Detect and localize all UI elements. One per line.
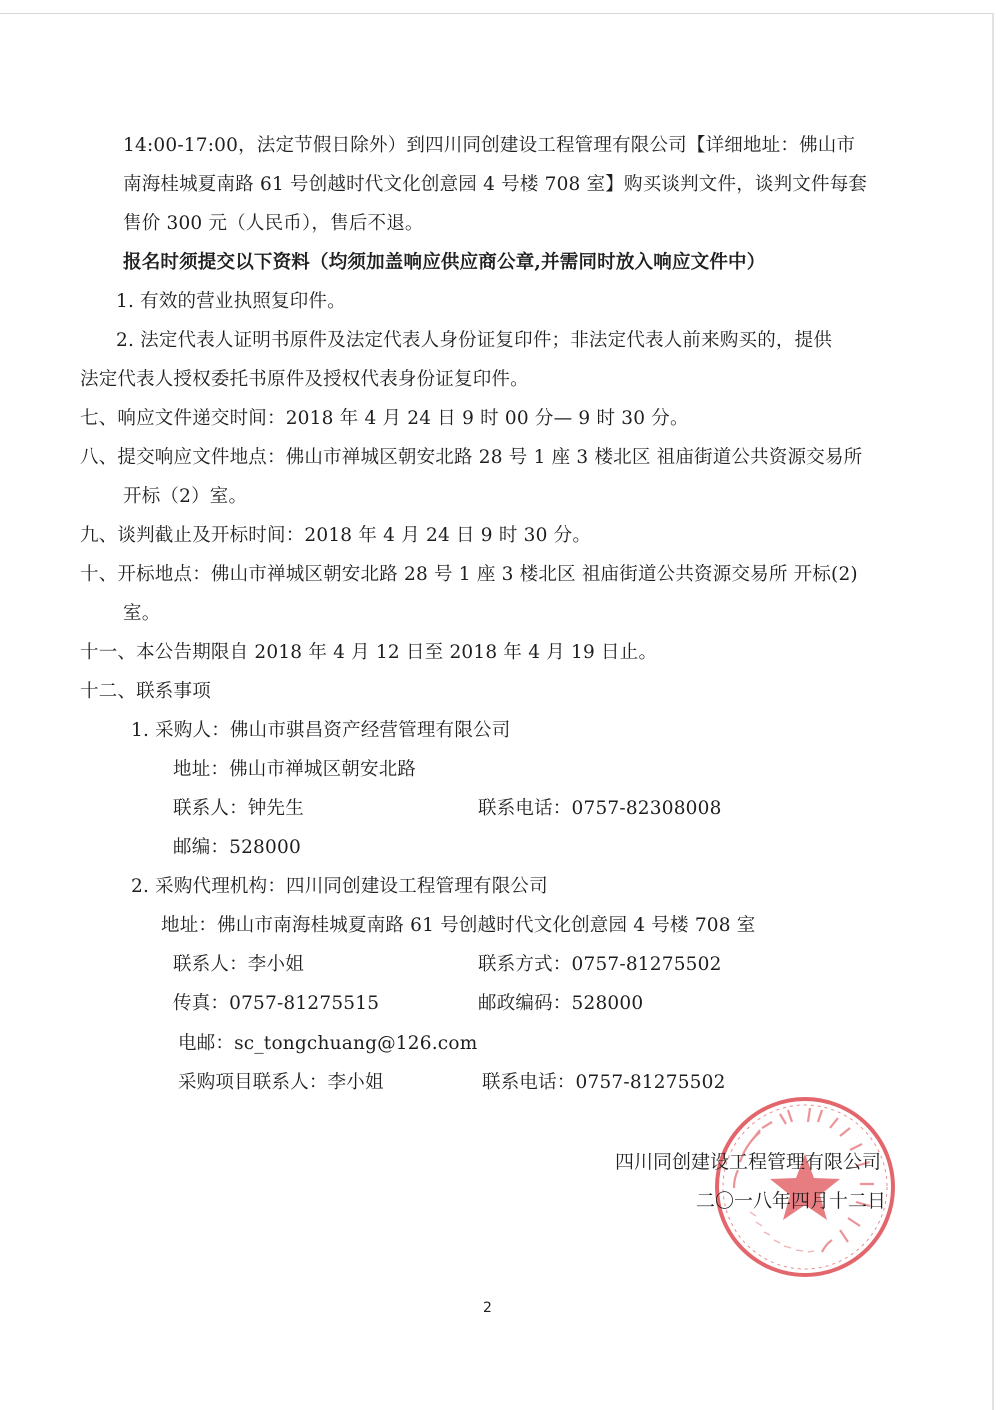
section-8-line-2: 开标（2）室。 [123,485,247,509]
scan-border-right [992,13,994,1410]
agency-contact-person: 联系人：李小姐 [173,953,304,977]
purchaser-address: 地址：佛山市禅城区朝安北路 [173,758,416,782]
registration-heading: 报名时须提交以下资料（均须加盖响应供应商公章,并需同时放入响应文件中） [123,251,765,275]
agency-contact-method: 联系方式：0757-81275502 [478,953,722,977]
agency-address: 地址：佛山市南海桂城夏南路 61 号创越时代文化创意园 4 号楼 708 室 [161,914,756,938]
section-9-deadline: 九、谈判截止及开标时间：2018 年 4 月 24 日 9 时 30 分。 [80,524,591,548]
section-8-submission-location: 八、提交响应文件地点：佛山市禅城区朝安北路 28 号 1 座 3 楼北区 祖庙街… [80,446,862,470]
purchaser-phone: 联系电话：0757-82308008 [478,797,722,821]
agency-project-phone: 联系电话：0757-81275502 [482,1071,726,1095]
purchaser-title: 1. 采购人：佛山市骐昌资产经营管理有限公司 [131,719,510,743]
section-7-submission-time: 七、响应文件递交时间：2018 年 4 月 24 日 9 时 00 分— 9 时… [80,407,689,431]
agency-title: 2. 采购代理机构：四川同创建设工程管理有限公司 [131,875,548,899]
intro-line-2: 南海桂城夏南路 61 号创越时代文化创意园 4 号楼 708 室】购买谈判文件，… [123,173,867,197]
intro-line-3: 售价 300 元（人民币），售后不退。 [123,212,424,236]
intro-line-1: 14:00-17:00，法定节假日除外）到四川同创建设工程管理有限公司【详细地址… [123,134,855,158]
section-11-notice-period: 十一、本公告期限自 2018 年 4 月 12 日至 2018 年 4 月 19… [80,641,657,665]
registration-item-2-line-1: 2. 法定代表人证明书原件及法定代表人身份证复印件；非法定代表人前来购买的，提供 [116,329,832,353]
agency-email[interactable]: 电邮：sc_tongchuang@126.com [178,1032,477,1056]
signature-date: 二〇一八年四月十二日 [696,1186,886,1213]
page-number: 2 [483,1300,492,1316]
scan-border-top [0,13,993,14]
purchaser-postcode: 邮编：528000 [173,836,301,860]
section-12-contacts-heading: 十二、联系事项 [80,680,211,704]
section-10-opening-location: 十、开标地点：佛山市禅城区朝安北路 28 号 1 座 3 楼北区 祖庙街道公共资… [80,563,858,587]
purchaser-contact-person: 联系人：钟先生 [173,797,304,821]
signature-company: 四川同创建设工程管理有限公司 [615,1147,881,1174]
registration-item-2-line-2: 法定代表人授权委托书原件及授权代表身份证复印件。 [80,368,529,392]
agency-project-contact: 采购项目联系人：李小姐 [178,1071,384,1095]
section-10-line-2: 室。 [123,602,160,626]
registration-item-1: 1. 有效的营业执照复印件。 [116,290,346,314]
agency-postcode: 邮政编码：528000 [478,992,643,1016]
agency-fax: 传真：0757-81275515 [173,992,379,1016]
